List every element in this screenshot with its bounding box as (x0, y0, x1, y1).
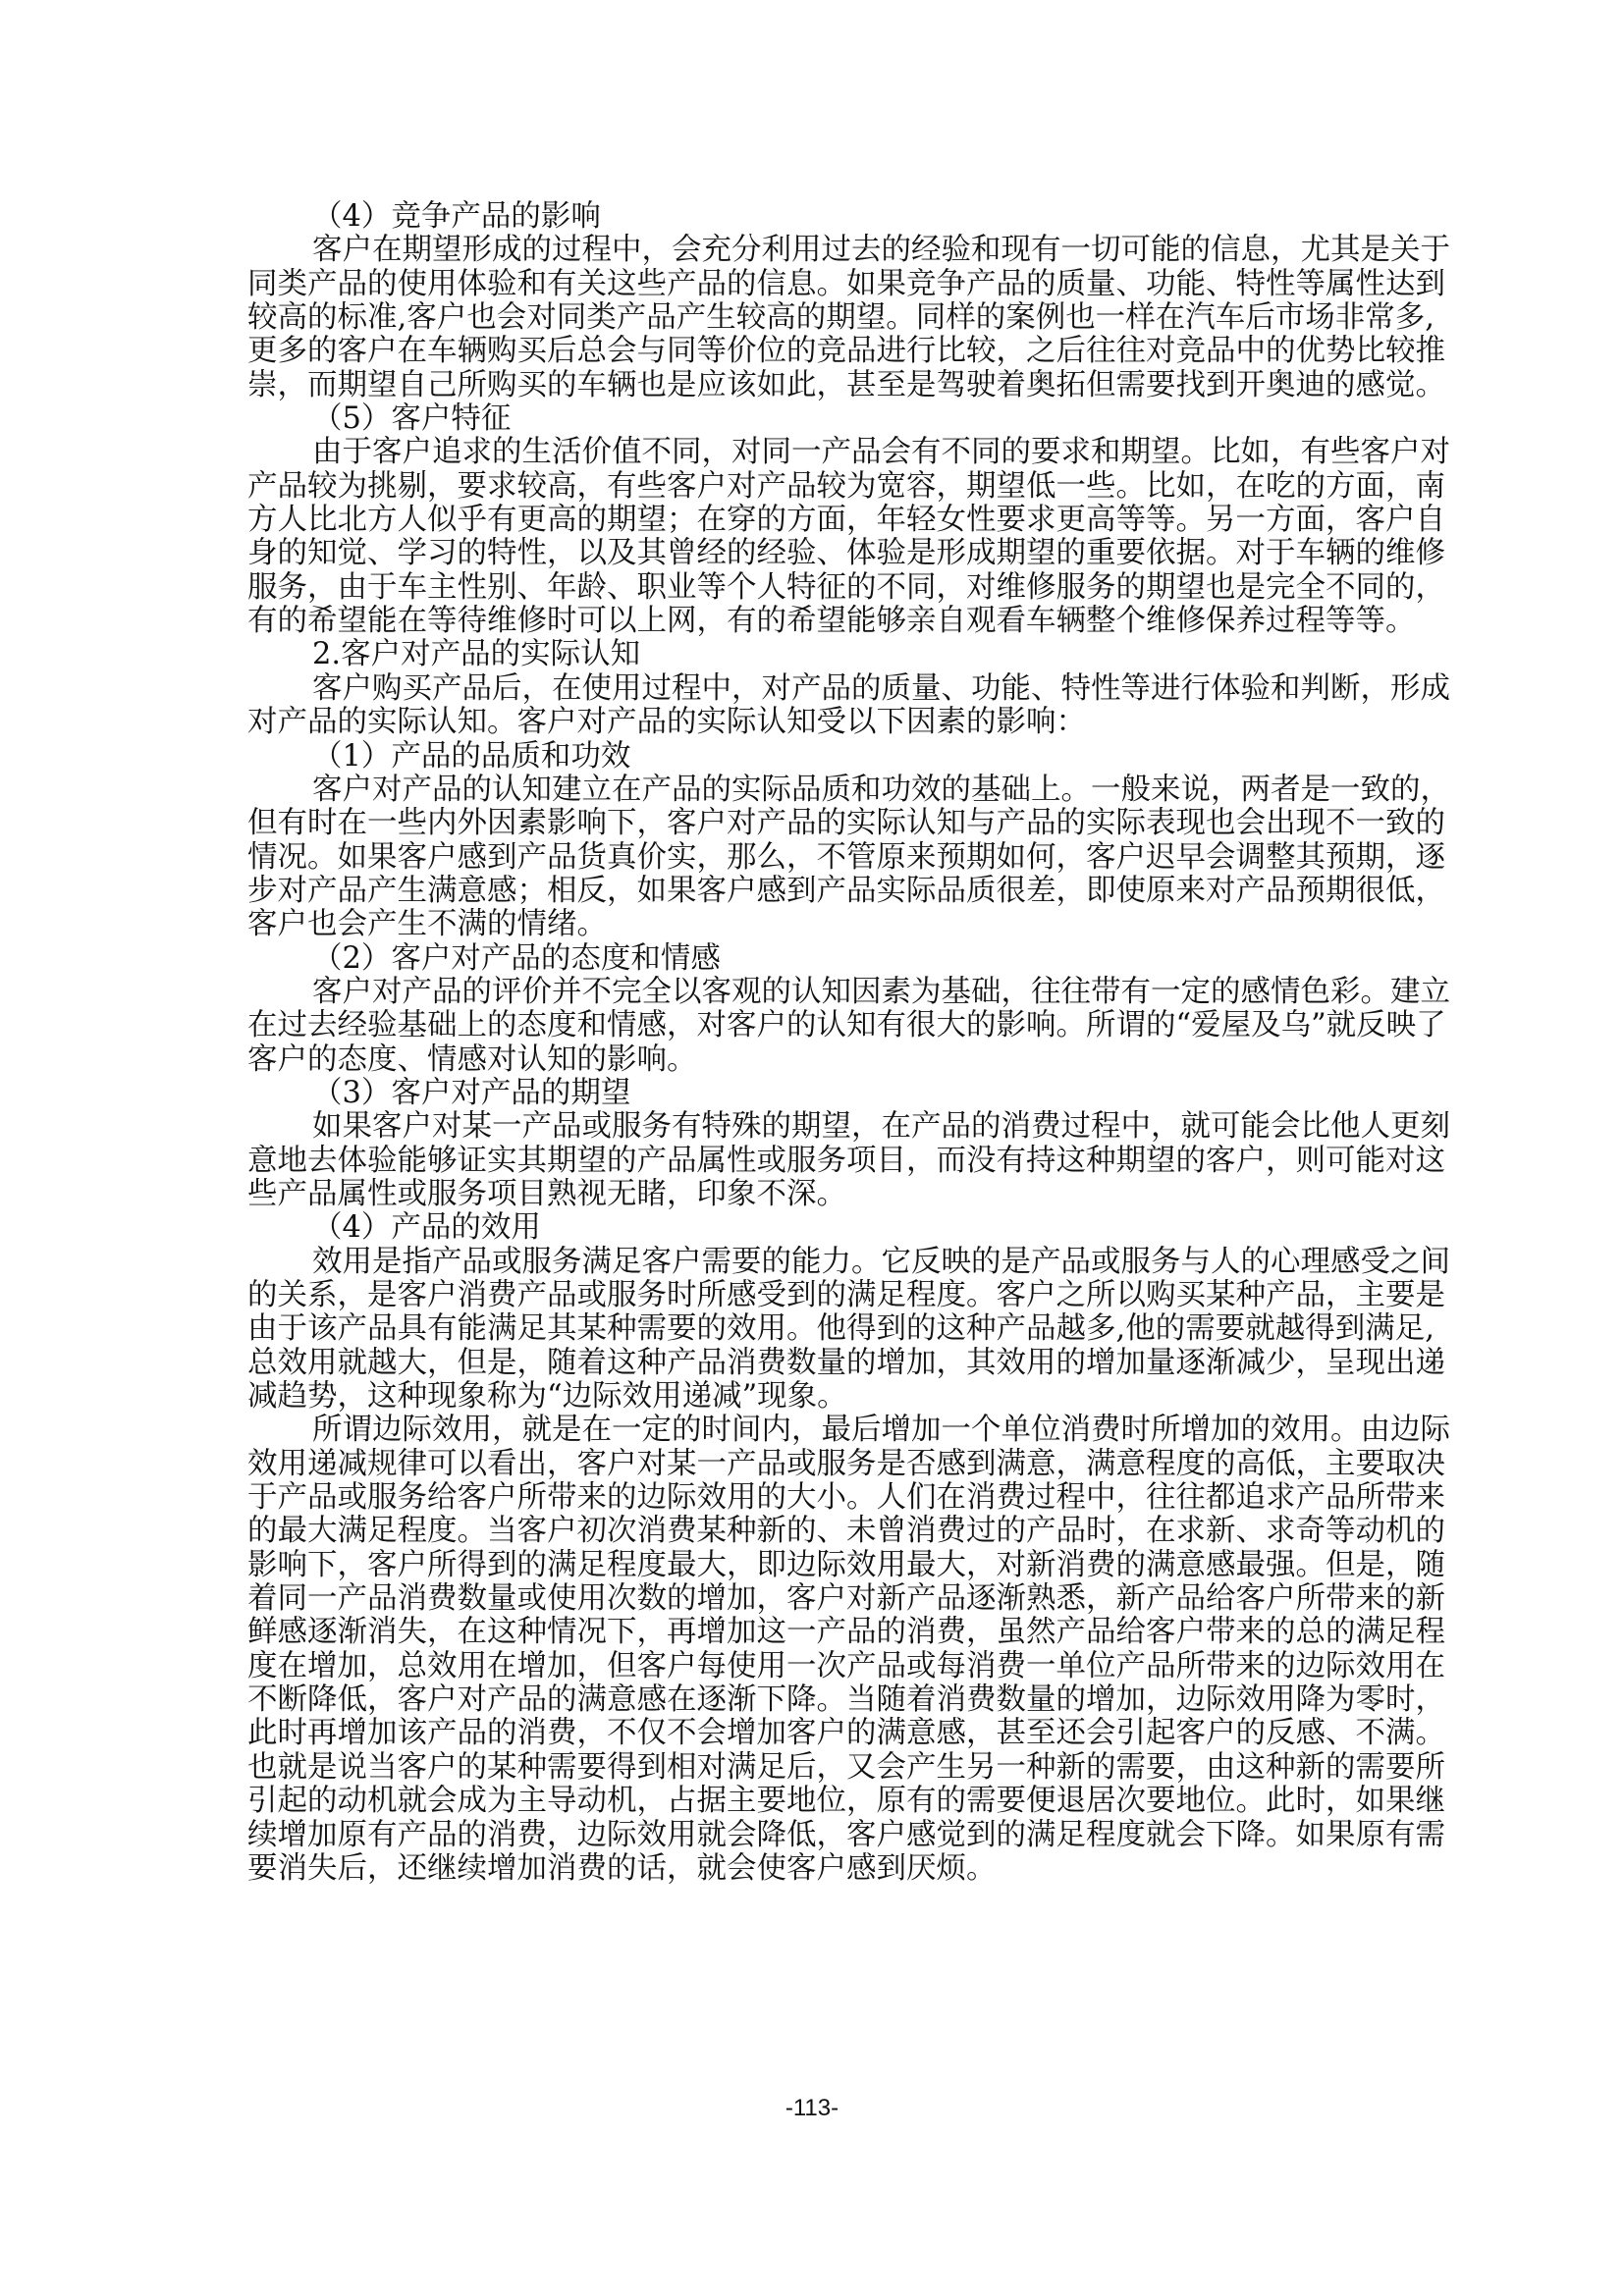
paragraph-line: 此时再增加该产品的消费，不仅不会增加客户的满意感，甚至还会引起客户的反感、不满。 (247, 1717, 1379, 1750)
paragraph-line: 在过去经验基础上的态度和情感，对客户的认知有很大的影响。所谓的“爱屋及乌”就反映… (247, 1009, 1379, 1042)
paragraph-line: 效用是指产品或服务满足客户需要的能力。它反映的是产品或服务与人的心理感受之间 (247, 1246, 1379, 1279)
paragraph-line: 由于客户追求的生活价值不同，对同一产品会有不同的要求和期望。比如，有些客户对 (247, 436, 1379, 469)
paragraph-line: 客户在期望形成的过程中，会充分利用过去的经验和现有一切可能的信息，尤其是关于 (247, 234, 1379, 267)
section-heading: （3）客户对产品的期望 (247, 1077, 1379, 1110)
paragraph-line: 不断降低，客户对产品的满意感在逐渐下降。当随着消费数量的增加，边际效用降为零时， (247, 1683, 1379, 1717)
section-heading: （1）产品的品质和功效 (247, 740, 1379, 774)
paragraph-line: 更多的客户在车辆购买后总会与同等价位的竞品进行比较，之后往往对竞品中的优势比较推 (247, 335, 1379, 368)
body-text: （4）竞争产品的影响客户在期望形成的过程中，会充分利用过去的经验和现有一切可能的… (247, 200, 1379, 1886)
paragraph-line: 步对产品产生满意感；相反，如果客户感到产品实际品质很差，即使原来对产品预期很低， (247, 875, 1379, 908)
paragraph-line: 减趋势，这种现象称为“边际效用递减”现象。 (247, 1380, 1379, 1414)
paragraph-line: 产品较为挑剔，要求较高，有些客户对产品较为宽容，期望低一些。比如，在吃的方面，南 (247, 470, 1379, 504)
paragraph-line: 由于该产品具有能满足其某种需要的效用。他得到的这种产品越多,他的需要就越得到满足… (247, 1312, 1379, 1346)
paragraph-line: 影响下，客户所得到的满足程度最大，即边际效用最大，对新消费的满意感最强。但是，随 (247, 1549, 1379, 1582)
paragraph-line: 度在增加，总效用在增加，但客户每使用一次产品或每消费一单位产品所带来的边际效用在 (247, 1650, 1379, 1683)
section-heading: 2.客户对产品的实际认知 (247, 638, 1379, 671)
section-heading: （2）客户对产品的态度和情感 (247, 942, 1379, 976)
paragraph-line: 身的知觉、学习的特性，以及其曾经的经验、体验是形成期望的重要依据。对于车辆的维修 (247, 537, 1379, 570)
paragraph-line: 对产品的实际认知。客户对产品的实际认知受以下因素的影响： (247, 706, 1379, 739)
paragraph-line: 的最大满足程度。当客户初次消费某种新的、未曾消费过的产品时，在求新、求奇等动机的 (247, 1515, 1379, 1548)
paragraph-line: 方人比北方人似乎有更高的期望；在穿的方面，年轻女性要求更高等等。另一方面，客户自 (247, 504, 1379, 537)
paragraph-line: 也就是说当客户的某种需要得到相对满足后，又会产生另一种新的需要，由这种新的需要所 (247, 1751, 1379, 1785)
paragraph-line: 情况。如果客户感到产品货真价实，那么，不管原来预期如何，客户迟早会调整其预期，逐 (247, 841, 1379, 875)
section-heading: （4）竞争产品的影响 (247, 200, 1379, 234)
paragraph-line: 着同一产品消费数量或使用次数的增加，客户对新产品逐渐熟悉，新产品给客户所带来的新 (247, 1582, 1379, 1616)
section-heading: （4）产品的效用 (247, 1211, 1379, 1245)
paragraph-line: 服务，由于车主性别、年龄、职业等个人特征的不同，对维修服务的期望也是完全不同的， (247, 571, 1379, 605)
paragraph-line: 总效用就越大，但是，随着这种产品消费数量的增加，其效用的增加量逐渐减少，呈现出递 (247, 1347, 1379, 1380)
paragraph-line: 较高的标准,客户也会对同类产品产生较高的期望。同样的案例也一样在汽车后市场非常多… (247, 301, 1379, 335)
paragraph-line: 的关系，是客户消费产品或服务时所感受到的满足程度。客户之所以购买某种产品，主要是 (247, 1279, 1379, 1312)
paragraph-line: 效用递减规律可以看出，客户对某一产品或服务是否感到满意，满意程度的高低，主要取决 (247, 1448, 1379, 1481)
paragraph-line: 客户对产品的认知建立在产品的实际品质和功效的基础上。一般来说，两者是一致的， (247, 774, 1379, 807)
paragraph-line: 有的希望能在等待维修时可以上网，有的希望能够亲自观看车辆整个维修保养过程等等。 (247, 605, 1379, 638)
paragraph-line: 客户也会产生不满的情绪。 (247, 908, 1379, 941)
paragraph-line: 客户购买产品后，在使用过程中，对产品的质量、功能、特性等进行体验和判断，形成 (247, 672, 1379, 706)
paragraph-line: 崇，而期望自己所购买的车辆也是应该如此，甚至是驾驶着奥拓但需要找到开奥迪的感觉。 (247, 369, 1379, 402)
paragraph-line: 所谓边际效用，就是在一定的时间内，最后增加一个单位消费时所增加的效用。由边际 (247, 1414, 1379, 1447)
paragraph-line: 鲜感逐渐消失，在这种情况下，再增加这一产品的消费，虽然产品给客户带来的总的满足程 (247, 1616, 1379, 1649)
paragraph-line: 于产品或服务给客户所带来的边际效用的大小。人们在消费过程中，往往都追求产品所带来 (247, 1481, 1379, 1515)
page-number: -113- (0, 2095, 1624, 2122)
paragraph-line: 要消失后，还继续增加消费的话，就会使客户感到厌烦。 (247, 1852, 1379, 1886)
paragraph-line: 意地去体验能够证实其期望的产品属性或服务项目，而没有持这种期望的客户，则可能对这 (247, 1145, 1379, 1178)
paragraph-line: 客户对产品的评价并不完全以客观的认知因素为基础，往往带有一定的感情色彩。建立 (247, 976, 1379, 1009)
paragraph-line: 续增加原有产品的消费，边际效用就会降低，客户感觉到的满足程度就会下降。如果原有需 (247, 1819, 1379, 1852)
document-page: （4）竞争产品的影响客户在期望形成的过程中，会充分利用过去的经验和现有一切可能的… (0, 0, 1624, 2296)
paragraph-line: 引起的动机就会成为主导动机，占据主要地位，原有的需要便退居次要地位。此时，如果继 (247, 1785, 1379, 1818)
paragraph-line: 同类产品的使用体验和有关这些产品的信息。如果竞争产品的质量、功能、特性等属性达到 (247, 268, 1379, 301)
paragraph-line: 客户的态度、情感对认知的影响。 (247, 1043, 1379, 1077)
paragraph-line: 些产品属性或服务项目熟视无睹，印象不深。 (247, 1178, 1379, 1211)
paragraph-line: 如果客户对某一产品或服务有特殊的期望，在产品的消费过程中，就可能会比他人更刻 (247, 1110, 1379, 1144)
section-heading: （5）客户特征 (247, 402, 1379, 436)
paragraph-line: 但有时在一些内外因素影响下，客户对产品的实际认知与产品的实际表现也会出现不一致的 (247, 807, 1379, 840)
